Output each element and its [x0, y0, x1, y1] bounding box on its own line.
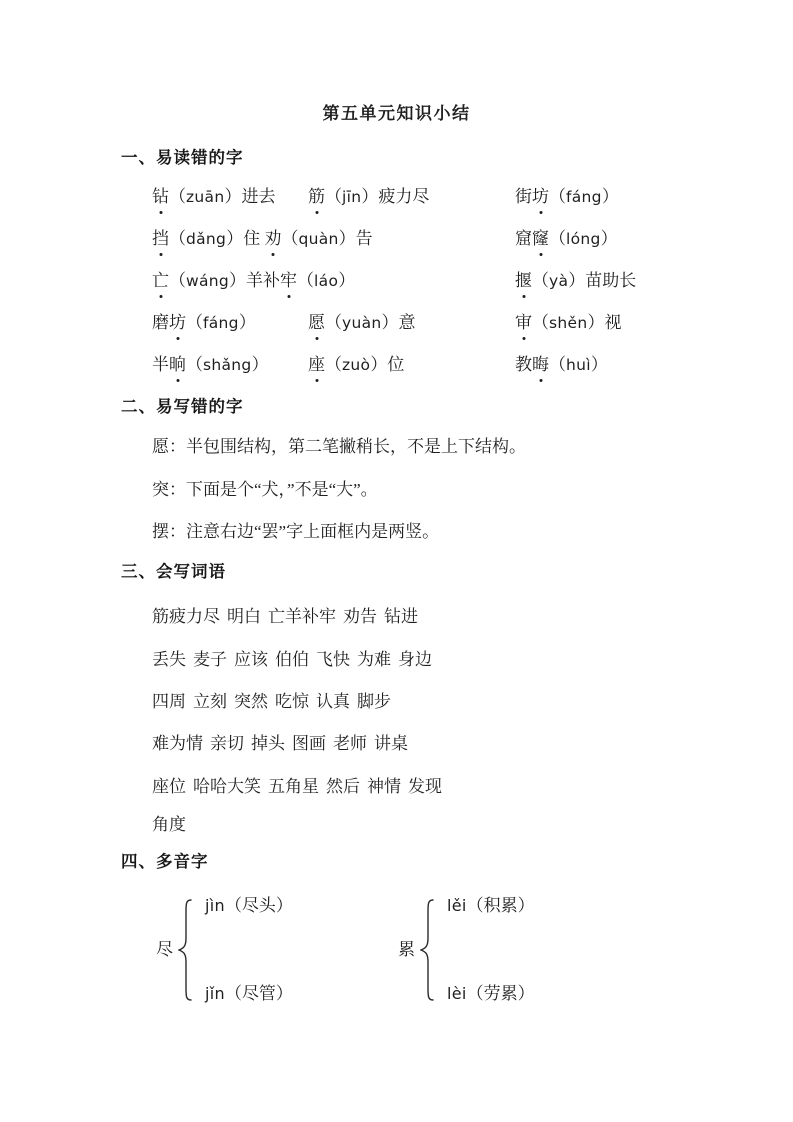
hanzi-text: ）	[602, 187, 619, 206]
word-entry: 教晦（huì）	[515, 353, 608, 377]
hanzi-text: ）进去	[224, 187, 275, 206]
hanzi-text: （	[297, 271, 314, 290]
emphasized-char: 窿	[532, 227, 549, 251]
hanzi-text: （	[325, 355, 342, 374]
word-entry: 街坊（fáng）	[515, 185, 619, 209]
word: 立刻	[193, 690, 227, 714]
word: 亲切	[210, 732, 244, 756]
pinyin-text: yuàn	[342, 314, 382, 332]
hanzi-text: 窟	[515, 229, 532, 248]
hanzi-text: ）视	[587, 313, 621, 332]
word-entry: 座（zuò）位	[308, 353, 404, 377]
pinyin-text: shǎng	[203, 356, 252, 374]
hanzi-text: （	[169, 229, 186, 248]
polyphone-group: 累lěi（积累）lèi（劳累）	[398, 888, 535, 1012]
hanzi-text: ）告	[339, 229, 373, 248]
emphasized-char: 亡	[152, 269, 169, 293]
word: 为难	[357, 648, 391, 672]
document-page: 第五单元知识小结 一、易读错的字 钻（zuān）进去筋（jīn）疲力尽街坊（fá…	[0, 0, 793, 1122]
section-heading-polyphonic-chars: 四、多音字	[121, 850, 209, 874]
pinyin-text: zuò	[342, 356, 370, 374]
section-heading-misread-chars: 一、易读错的字	[121, 146, 244, 170]
hanzi-text: （	[186, 355, 203, 374]
curly-brace-icon	[420, 898, 434, 1002]
word: 发现	[408, 775, 442, 799]
pinyin-text: zuān	[186, 188, 224, 206]
word: 老师	[333, 732, 367, 756]
polyphone-char: 累	[398, 938, 415, 962]
hanzi-text: ）意	[382, 313, 416, 332]
word: 难为情	[152, 732, 203, 756]
note-line: 愿：半包围结构，第二笔撇稍长，不是上下结构。	[152, 435, 526, 459]
section-heading-miswritten-chars: 二、易写错的字	[121, 395, 244, 419]
word-line: 筋疲力尽明白亡羊补牢劝告钻进	[152, 605, 418, 629]
hanzi-text: ）	[591, 355, 608, 374]
word: 五角星	[268, 775, 319, 799]
emphasized-char: 审	[515, 311, 532, 335]
hanzi-text: （	[325, 187, 342, 206]
emphasized-char: 晌	[169, 353, 186, 377]
section-misread-chars: 钻（zuān）进去筋（jīn）疲力尽街坊（fáng）挡（dǎng）住 劝（quà…	[152, 183, 752, 395]
word: 吃惊	[275, 690, 309, 714]
word: 神情	[367, 775, 401, 799]
hanzi-text: ）羊补	[229, 271, 280, 290]
section-miswritten-chars: 愿：半包围结构，第二笔撇稍长，不是上下结构。突：下面是个“犬，”不是“大”。摆：…	[152, 432, 712, 562]
note-line: 摆：注意右边“罢”字上面框内是两竖。	[152, 520, 439, 544]
curly-brace-wrap	[420, 898, 434, 1002]
word: 亡羊补牢	[268, 605, 336, 629]
reading-word: （积累）	[467, 896, 535, 915]
hanzi-text: ）	[239, 313, 256, 332]
emphasized-char: 晦	[532, 353, 549, 377]
emphasized-char: 钻	[152, 185, 169, 209]
readings-column: jìn（尽头）jǐn（尽管）	[205, 895, 293, 1005]
hanzi-text: ）苗助长	[568, 271, 636, 290]
hanzi-text: ）	[601, 229, 618, 248]
note-line: 突：下面是个“犬，”不是“大”。	[152, 478, 378, 502]
word: 讲桌	[374, 732, 408, 756]
word: 身边	[398, 648, 432, 672]
emphasized-char: 揠	[515, 269, 532, 293]
pinyin-text: lèi	[447, 984, 467, 1003]
hanzi-text: （	[325, 313, 342, 332]
word: 座位	[152, 775, 186, 799]
reading-word: （尽头）	[225, 896, 293, 915]
word-entry: 审（shěn）视	[515, 311, 621, 335]
word: 麦子	[193, 648, 227, 672]
reading-entry: lèi（劳累）	[447, 983, 535, 1005]
emphasized-char: 愿	[308, 311, 325, 335]
word: 明白	[227, 605, 261, 629]
hanzi-text: （	[549, 355, 566, 374]
pinyin-text: dǎng	[186, 230, 226, 248]
pinyin-text: yà	[549, 272, 568, 290]
hanzi-text: （	[549, 187, 566, 206]
emphasized-char: 坊	[169, 311, 186, 335]
word: 劝告	[343, 605, 377, 629]
hanzi-text: ）位	[370, 355, 404, 374]
word: 图画	[292, 732, 326, 756]
word: 伯伯	[275, 648, 309, 672]
hanzi-text: ）	[252, 355, 269, 374]
reading-word: （劳累）	[467, 984, 535, 1003]
word-line: 角度	[152, 813, 186, 837]
word: 认真	[316, 690, 350, 714]
word: 掉头	[251, 732, 285, 756]
hanzi-text: （	[549, 229, 566, 248]
hanzi-text: 半	[152, 355, 169, 374]
word-entry: 窟窿（lóng）	[515, 227, 618, 251]
pinyin-text: lóng	[566, 230, 601, 248]
reading-entry: jǐn（尽管）	[205, 983, 293, 1005]
pinyin-text: jīn	[342, 188, 361, 206]
word: 钻进	[384, 605, 418, 629]
polyphone-char: 尽	[156, 938, 173, 962]
pinyin-text: quàn	[298, 230, 338, 248]
pinyin-text: shěn	[549, 314, 587, 332]
pinyin-text: jìn	[205, 896, 225, 915]
word-entry: 愿（yuàn）意	[308, 311, 416, 335]
word: 突然	[234, 690, 268, 714]
section-words-to-write: 筋疲力尽明白亡羊补牢劝告钻进丢失麦子应该伯伯飞快为难身边四周立刻突然吃惊认真脚步…	[152, 602, 712, 852]
curly-brace-icon	[178, 898, 192, 1002]
emphasized-char: 牢	[280, 269, 297, 293]
word: 筋疲力尽	[152, 605, 220, 629]
hanzi-text: 教	[515, 355, 532, 374]
reading-entry: jìn（尽头）	[205, 895, 293, 917]
word: 应该	[234, 648, 268, 672]
section-heading-words-to-write: 三、会写词语	[121, 560, 226, 584]
hanzi-text: （	[186, 313, 203, 332]
word-entry: 挡（dǎng）住 劝（quàn）告	[152, 227, 373, 251]
word: 哈哈大笑	[193, 775, 261, 799]
word-entry: 亡（wáng）羊补牢（láo）	[152, 269, 355, 293]
hanzi-text: 街	[515, 187, 532, 206]
hanzi-text: （	[281, 229, 298, 248]
hanzi-text: 磨	[152, 313, 169, 332]
word-line: 四周立刻突然吃惊认真脚步	[152, 690, 391, 714]
word: 角度	[152, 813, 186, 837]
word: 四周	[152, 690, 186, 714]
word-entry: 磨坊（fáng）	[152, 311, 256, 335]
word: 然后	[326, 775, 360, 799]
emphasized-char: 座	[308, 353, 325, 377]
word-entry: 筋（jīn）疲力尽	[308, 185, 429, 209]
reading-word: （尽管）	[225, 984, 293, 1003]
pinyin-text: fáng	[203, 314, 239, 332]
hanzi-text: ）	[338, 271, 355, 290]
pinyin-text: fáng	[566, 188, 602, 206]
emphasized-char: 劝	[264, 227, 281, 251]
hanzi-text: ）住	[226, 229, 264, 248]
word: 脚步	[357, 690, 391, 714]
emphasized-char: 坊	[532, 185, 549, 209]
word-line: 难为情亲切掉头图画老师讲桌	[152, 732, 408, 756]
word-entry: 钻（zuān）进去	[152, 185, 275, 209]
pinyin-text: wáng	[186, 272, 229, 290]
word-line: 丢失麦子应该伯伯飞快为难身边	[152, 648, 432, 672]
curly-brace-wrap	[178, 898, 192, 1002]
word: 飞快	[316, 648, 350, 672]
hanzi-text: ）疲力尽	[361, 187, 429, 206]
hanzi-text: （	[169, 187, 186, 206]
emphasized-char: 筋	[308, 185, 325, 209]
hanzi-text: （	[532, 271, 549, 290]
pinyin-text: jǐn	[205, 984, 225, 1003]
emphasized-char: 挡	[152, 227, 169, 251]
polyphone-group: 尽jìn（尽头）jǐn（尽管）	[156, 888, 293, 1012]
page-title: 第五单元知识小结	[0, 102, 793, 126]
readings-column: lěi（积累）lèi（劳累）	[447, 895, 535, 1005]
hanzi-text: （	[532, 313, 549, 332]
word-entry: 揠（yà）苗助长	[515, 269, 636, 293]
word-entry: 半晌（shǎng）	[152, 353, 269, 377]
pinyin-text: huì	[566, 356, 591, 374]
section-polyphonic-chars: 尽jìn（尽头）jǐn（尽管）累lěi（积累）lèi（劳累）	[0, 888, 793, 1018]
word-line: 座位哈哈大笑五角星然后神情发现	[152, 775, 442, 799]
pinyin-text: lěi	[447, 896, 467, 915]
hanzi-text: （	[169, 271, 186, 290]
reading-entry: lěi（积累）	[447, 895, 535, 917]
word: 丢失	[152, 648, 186, 672]
pinyin-text: láo	[314, 272, 338, 290]
